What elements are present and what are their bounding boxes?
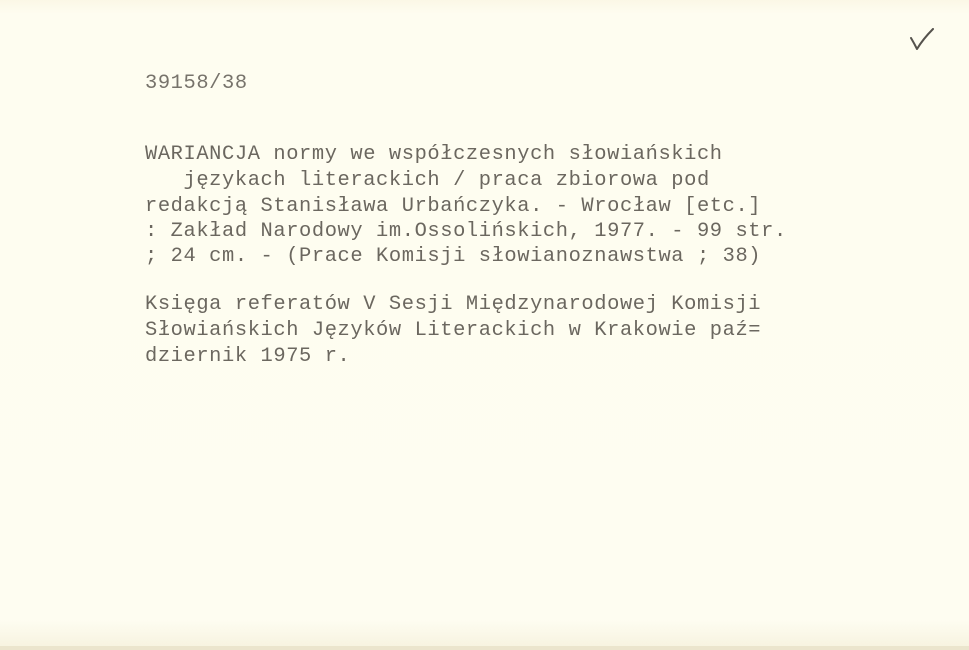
- note-line: dziernik 1975 r.: [145, 347, 350, 367]
- checkmark-icon: [908, 28, 936, 52]
- call-number: 39158/38: [145, 72, 248, 95]
- entry-line: redakcją Stanisława Urbańczyka. - Wrocła…: [145, 197, 761, 217]
- catalog-card: 39158/38 WARIANCJA normy we współczesnyc…: [0, 0, 969, 650]
- entry-line: : Zakład Narodowy im.Ossolińskich, 1977.…: [145, 222, 787, 242]
- entry-line: ; 24 cm. - (Prace Komisji słowianoznawst…: [145, 247, 761, 267]
- entry-line: WARIANCJA normy we współczesnych słowiań…: [145, 145, 723, 165]
- note-line: Księga referatów V Sesji Międzynarodowej…: [145, 295, 761, 315]
- note-line: Słowiańskich Języków Literackich w Krako…: [145, 321, 761, 341]
- entry-line: językach literackich / praca zbiorowa po…: [145, 171, 710, 191]
